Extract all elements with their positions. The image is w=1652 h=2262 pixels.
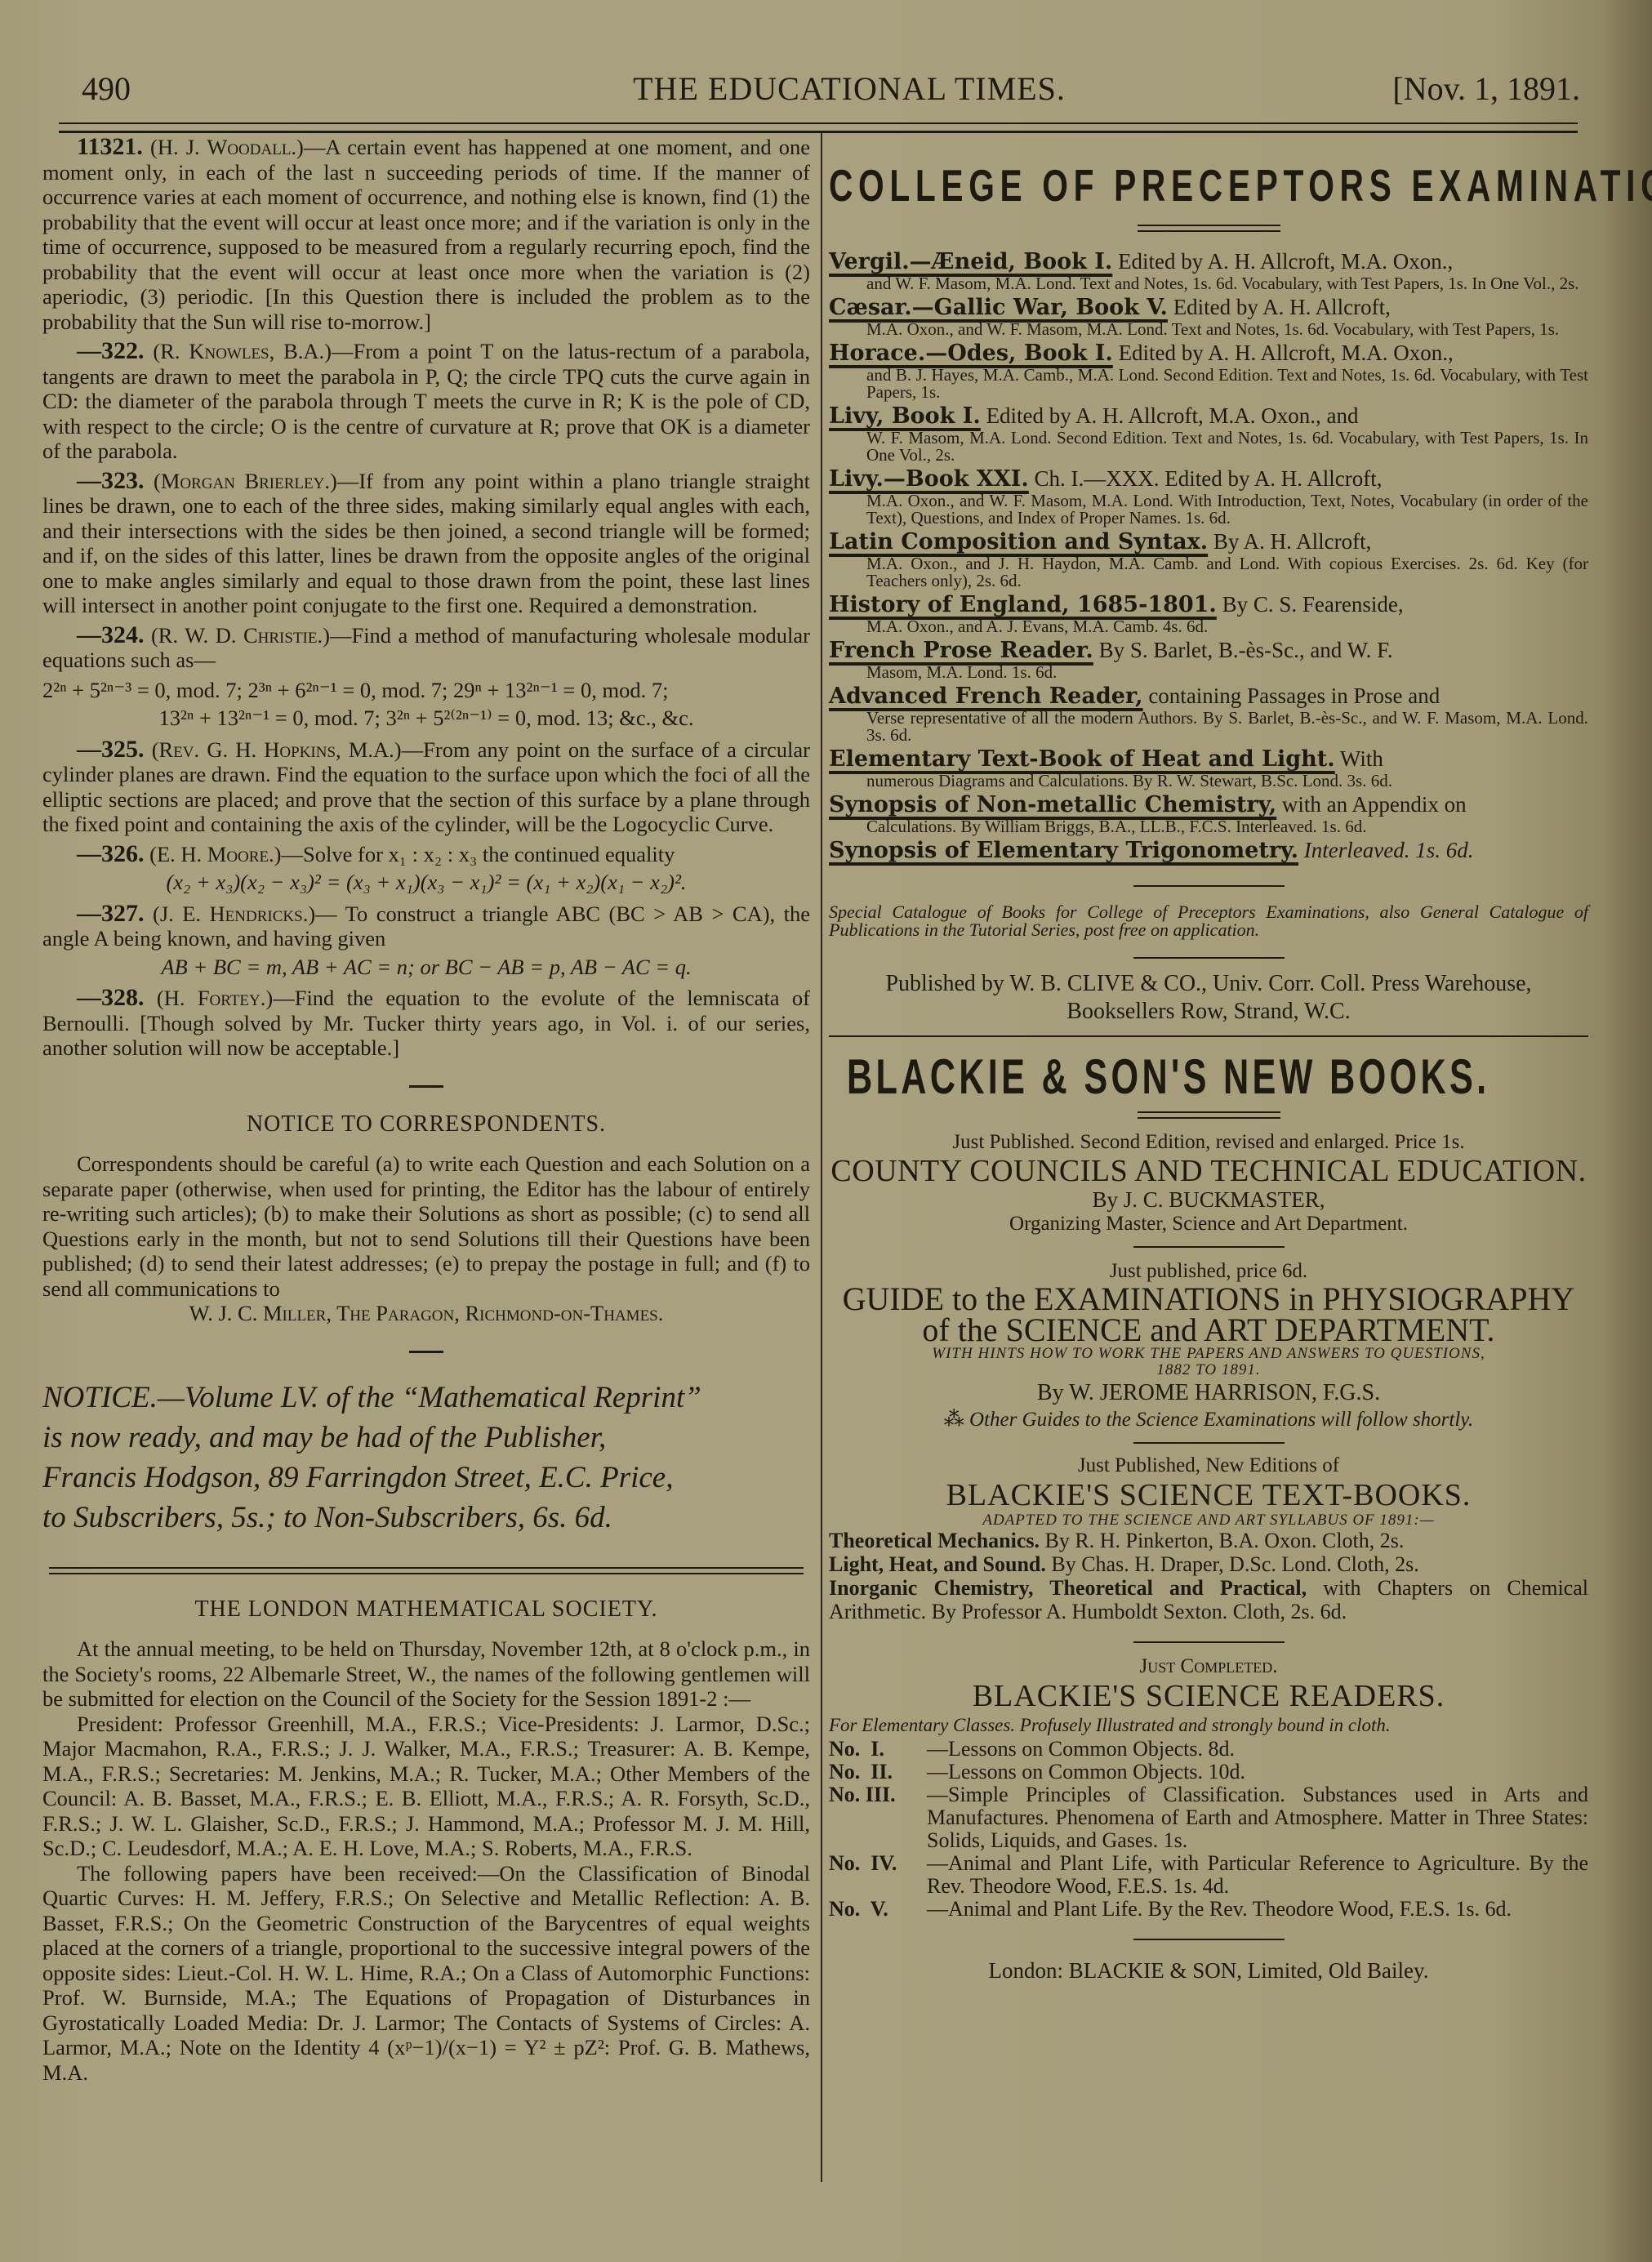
reader-item: No. III.—Simple Principles of Classifica… (829, 1783, 1588, 1852)
book-title: Livy.—Book XXI. (829, 466, 1029, 492)
guide-author: By W. JEROME HARRISON, F.G.S. (829, 1378, 1588, 1408)
book-detail: M.A. Oxon., and W. F. Masom, M.A. Lond. … (829, 492, 1588, 527)
reader-text: —Animal and Plant Life. By the Rev. Theo… (927, 1898, 1588, 1921)
question-number: —326. (77, 840, 145, 867)
catalogue-note: Special Catalogue of Books for College o… (829, 903, 1588, 939)
question-328: —328. (H. Fortey.)—Find the equation to … (42, 986, 810, 1061)
notice-correspondents-title: NOTICE TO CORRESPONDENTS. (42, 1112, 810, 1138)
reader-text: —Animal and Plant Life, with Particular … (927, 1852, 1588, 1898)
readers-subtitle: For Elementary Classes. Profusely Illust… (829, 1713, 1588, 1738)
textbook-item: Theoretical Mechanics. By R. H. Pinkerto… (829, 1529, 1588, 1552)
question-number: 11321. (77, 133, 143, 160)
section-rule (49, 1567, 804, 1574)
book-editor: By S. Barlet, B.-ès-Sc., and W. F. (1093, 638, 1393, 662)
reprint-notice-line: NOTICE.—Volume LV. of the “Mathematical … (42, 1378, 810, 1418)
question-author: (J. E. Hendricks.) (153, 902, 315, 926)
question-11321: 11321. (H. J. Woodall.)—A certain event … (42, 135, 810, 334)
guide-note: ⁂ Other Guides to the Science Examinatio… (829, 1408, 1588, 1432)
section-rule (829, 1035, 1588, 1037)
book-detail: Masom, M.A. Lond. 1s. 6d. (829, 664, 1588, 681)
lms-title: THE LONDON MATHEMATICAL SOCIETY. (42, 1597, 810, 1623)
cop-exams-title: COLLEGE OF PRECEPTORS EXAMINATIONS. (829, 159, 1584, 212)
publisher-line: Booksellers Row, Strand, W.C. (829, 998, 1588, 1026)
question-number: —327. (77, 900, 145, 927)
book-editor: Interleaved. 1s. 6d. (1298, 838, 1473, 862)
county-pre: Just Published. Second Edition, revised … (829, 1130, 1588, 1155)
question-text: —Solve for x₁ : x₂ : x₃ the continued eq… (282, 842, 675, 866)
question-author: (R. Knowles, B.A.) (153, 339, 332, 363)
book-editor: Edited by A. H. Allcroft, (1168, 295, 1391, 319)
page-header: 490 THE EDUCATIONAL TIMES. [Nov. 1, 1891… (61, 69, 1637, 118)
book-entry: Horace.—Odes, Book I. Edited by A. H. Al… (829, 340, 1588, 401)
book-detail: W. F. Masom, M.A. Lond. Second Edition. … (829, 430, 1588, 464)
guide-subtitle: WITH HINTS HOW TO WORK THE PAPERS AND AN… (829, 1346, 1588, 1362)
right-column: COLLEGE OF PRECEPTORS EXAMINATIONS. Verg… (829, 135, 1588, 1984)
physiography-guide-ad: Just published, price 6d. GUIDE to the E… (829, 1259, 1588, 1432)
book-entry: History of England, 1685-1801. By C. S. … (829, 591, 1588, 635)
header-rule (59, 122, 1578, 133)
textbook-detail: By Chas. H. Draper, D.Sc. Lond. Cloth, 2… (1046, 1552, 1419, 1576)
column-divider (821, 132, 822, 2182)
book-entry: Advanced French Reader, containing Passa… (829, 683, 1588, 744)
book-editor: By A. H. Allcroft, (1208, 529, 1371, 554)
reprint-notice-line: Francis Hodgson, 89 Farringdon Street, E… (42, 1458, 810, 1498)
question-author: (H. Fortey.) (157, 986, 273, 1010)
lms-meeting-paragraph: At the annual meeting, to be held on Thu… (42, 1636, 810, 1712)
book-editor: Edited by A. H. Allcroft, M.A. Oxon., an… (981, 403, 1359, 428)
publisher-line: Published by W. B. CLIVE & CO., Univ. Co… (829, 970, 1588, 998)
divider (1138, 1111, 1280, 1119)
county-title: COUNTY COUNCILS AND TECHNICAL EDUCATION. (829, 1155, 1588, 1187)
readers-pre: Just Completed. (829, 1654, 1588, 1679)
guide-title-line1: GUIDE to the EXAMINATIONS in PHYSIOGRAPH… (829, 1284, 1588, 1315)
book-entry: Synopsis of Non-metallic Chemistry, with… (829, 791, 1588, 835)
textbook-title: Inorganic Chemistry, Theoretical and Pra… (829, 1576, 1307, 1600)
divider (409, 1085, 443, 1088)
question-author: (Rev. G. H. Hopkins, M.A.) (152, 737, 402, 762)
science-textbooks-ad: Just Published, New Editions of BLACKIE'… (829, 1454, 1588, 1623)
correspondence-address: W. J. C. Miller, The Paragon, Richmond-o… (42, 1301, 810, 1326)
blackie-title: BLACKIE & SON'S NEW BOOKS. (847, 1049, 1582, 1105)
reader-number: No. IV. (829, 1852, 927, 1898)
book-title: French Prose Reader. (829, 638, 1093, 663)
textbooks-title: BLACKIE'S SCIENCE TEXT-BOOKS. (829, 1478, 1588, 1512)
reader-number: No. I. (829, 1738, 927, 1761)
book-entry: Livy, Book I. Edited by A. H. Allcroft, … (829, 403, 1588, 464)
book-title: Synopsis of Non-metallic Chemistry, (829, 792, 1276, 817)
question-number: —323. (77, 467, 145, 494)
readers-title: BLACKIE'S SCIENCE READERS. (829, 1679, 1588, 1713)
reader-text: —Lessons on Common Objects. 10d. (927, 1761, 1588, 1783)
question-author: (R. W. D. Christie.) (151, 623, 330, 648)
book-detail: Calculations. By William Briggs, B.A., L… (829, 818, 1588, 835)
left-column: 11321. (H. J. Woodall.)—A certain event … (42, 135, 810, 2090)
question-number: —328. (77, 984, 145, 1011)
question-323: —323. (Morgan Brierley.)—If from any poi… (42, 469, 810, 618)
reader-text: —Simple Principles of Classification. Su… (927, 1783, 1588, 1852)
textbook-title: Light, Heat, and Sound. (829, 1552, 1046, 1576)
book-editor: Ch. I.—XXX. Edited by A. H. Allcroft, (1029, 466, 1383, 491)
divider (1133, 957, 1285, 959)
book-detail: M.A. Oxon., and A. J. Evans, M.A. Camb. … (829, 618, 1588, 635)
issue-date: [Nov. 1, 1891. (1392, 69, 1580, 108)
book-editor: Edited by A. H. Allcroft, M.A. Oxon., (1112, 249, 1453, 274)
book-detail: numerous Diagrams and Calculations. By R… (829, 773, 1588, 790)
lms-council-paragraph: President: Professor Greenhill, M.A., F.… (42, 1712, 810, 1861)
divider (1133, 1939, 1285, 1940)
question-author: (Morgan Brierley.) (154, 469, 337, 493)
book-editor: With (1335, 746, 1383, 771)
equation: AB + BC = m, AB + AC = n; or BC − AB = p… (42, 955, 810, 980)
book-entry: Elementary Text-Book of Heat and Light. … (829, 746, 1588, 790)
book-title: Latin Composition and Syntax. (829, 529, 1208, 554)
question-324: —324. (R. W. D. Christie.)—Find a method… (42, 623, 810, 673)
book-title: Cæsar.—Gallic War, Book V. (829, 295, 1168, 320)
book-editor: with an Appendix on (1276, 792, 1466, 817)
lms-papers-paragraph: The following papers have been received:… (42, 1861, 810, 2086)
book-title: Vergil.—Æneid, Book I. (829, 249, 1112, 274)
reader-number: No. II. (829, 1761, 927, 1783)
textbooks-pre: Just Published, New Editions of (829, 1454, 1588, 1478)
question-author: (H. J. Woodall.) (150, 135, 304, 159)
book-editor: containing Passages in Prose and (1143, 683, 1440, 708)
textbook-item: Light, Heat, and Sound. By Chas. H. Drap… (829, 1552, 1588, 1576)
book-entry: Livy.—Book XXI. Ch. I.—XXX. Edited by A.… (829, 465, 1588, 527)
blackie-footer: London: BLACKIE & SON, Limited, Old Bail… (829, 1958, 1588, 1984)
textbook-item: Inorganic Chemistry, Theoretical and Pra… (829, 1576, 1588, 1623)
book-detail: M.A. Oxon., and J. H. Haydon, M.A. Camb.… (829, 555, 1588, 590)
reprint-notice: NOTICE.—Volume LV. of the “Mathematical … (42, 1378, 810, 1538)
book-entry: Synopsis of Elementary Trigonometry. Int… (829, 837, 1588, 864)
reader-number: No. III. (829, 1783, 927, 1852)
equation: 2²ⁿ + 5²ⁿ⁻³ = 0, mod. 7; 2³ⁿ + 6²ⁿ⁻¹ = 0… (42, 678, 810, 703)
divider (1138, 225, 1280, 232)
book-entry: Latin Composition and Syntax. By A. H. A… (829, 528, 1588, 590)
divider (1133, 1442, 1285, 1444)
book-list: Vergil.—Æneid, Book I. Edited by A. H. A… (829, 248, 1588, 864)
question-number: —324. (77, 621, 145, 648)
book-title: Advanced French Reader, (829, 683, 1143, 709)
divider (1133, 885, 1285, 887)
book-detail: M.A. Oxon., and W. F. Masom, M.A. Lond. … (829, 321, 1588, 338)
divider (1133, 1641, 1285, 1643)
textbook-detail: By R. H. Pinkerton, B.A. Oxon. Cloth, 2s… (1040, 1529, 1404, 1552)
book-title: Horace.—Odes, Book I. (829, 341, 1113, 366)
county-author: By J. C. BUCKMASTER, (829, 1187, 1588, 1212)
guide-title-line2: of the SCIENCE and ART DEPARTMENT. (829, 1315, 1588, 1346)
question-325: —325. (Rev. G. H. Hopkins, M.A.)—From an… (42, 737, 810, 837)
reader-number: No. V. (829, 1898, 927, 1921)
book-entry: Cæsar.—Gallic War, Book V. Edited by A. … (829, 294, 1588, 338)
reader-item: No. IV.—Animal and Plant Life, with Part… (829, 1852, 1588, 1898)
equation: 13²ⁿ + 13²ⁿ⁻¹ = 0, mod. 7; 3²ⁿ + 5²⁽²ⁿ⁻¹… (42, 706, 810, 731)
book-entry: Vergil.—Æneid, Book I. Edited by A. H. A… (829, 248, 1588, 292)
book-editor: Edited by A. H. Allcroft, M.A. Oxon., (1113, 341, 1454, 365)
book-detail: and W. F. Masom, M.A. Lond. Text and Not… (829, 275, 1588, 292)
book-title: History of England, 1685-1801. (829, 592, 1217, 617)
science-readers-ad: Just Completed. BLACKIE'S SCIENCE READER… (829, 1654, 1588, 1921)
book-detail: and B. J. Hayes, M.A. Camb., M.A. Lond. … (829, 367, 1588, 401)
book-entry: French Prose Reader. By S. Barlet, B.-ès… (829, 637, 1588, 681)
book-title: Elementary Text-Book of Heat and Light. (829, 746, 1335, 772)
divider (409, 1351, 443, 1353)
book-title: Livy, Book I. (829, 403, 981, 429)
textbook-title: Theoretical Mechanics. (829, 1529, 1040, 1552)
county-councils-ad: Just Published. Second Edition, revised … (829, 1130, 1588, 1236)
question-327: —327. (J. E. Hendricks.)— To construct a… (42, 902, 810, 951)
textbooks-subtitle: ADAPTED TO THE SCIENCE AND ART SYLLABUS … (829, 1512, 1588, 1529)
question-author: (E. H. Moore.) (149, 842, 281, 866)
book-editor: By C. S. Fearenside, (1217, 592, 1404, 617)
book-detail: Verse representative of all the modern A… (829, 710, 1588, 744)
question-text: —A certain event has happened at one mom… (42, 135, 810, 334)
equation: (x₂ + x₃)(x₂ − x₃)² = (x₃ + x₁)(x₃ − x₁)… (42, 870, 810, 895)
book-title: Synopsis of Elementary Trigonometry. (829, 838, 1298, 863)
reprint-notice-line: to Subscribers, 5s.; to Non-Subscribers,… (42, 1498, 810, 1538)
reader-item: No. I.—Lessons on Common Objects. 8d. (829, 1738, 1588, 1761)
notice-correspondents-body: Correspondents should be careful (a) to … (42, 1151, 810, 1301)
county-role: Organizing Master, Science and Art Depar… (829, 1212, 1588, 1236)
divider (1133, 1246, 1285, 1248)
reprint-notice-line: is now ready, and may be had of the Publ… (42, 1418, 810, 1458)
reader-item: No. II.—Lessons on Common Objects. 10d. (829, 1761, 1588, 1783)
question-326: —326. (E. H. Moore.)—Solve for x₁ : x₂ :… (42, 842, 810, 867)
guide-subtitle-years: 1882 TO 1891. (829, 1362, 1588, 1378)
reader-text: —Lessons on Common Objects. 8d. (927, 1738, 1588, 1761)
publisher-info: Published by W. B. CLIVE & CO., Univ. Co… (829, 970, 1588, 1026)
question-number: —322. (77, 337, 145, 364)
question-number: —325. (77, 736, 145, 763)
question-322: —322. (R. Knowles, B.A.)—From a point T … (42, 339, 810, 464)
reader-item: No. V.—Animal and Plant Life. By the Rev… (829, 1898, 1588, 1921)
